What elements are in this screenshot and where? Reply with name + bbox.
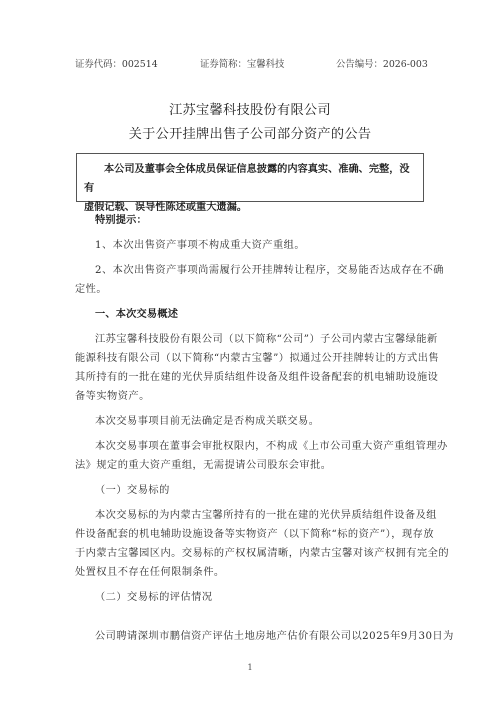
stock-name: 证券简称：宝馨科技 [200,56,284,70]
special-notice-heading: 特别提示： [95,214,427,228]
stock-code: 证券代码：002514 [75,56,158,70]
paragraph-line: 公司聘请深圳市鹏信资产评估土地房地产估价有限公司以2025年9月30日为 [95,630,427,644]
disclaimer-line: 本公司及董事会全体成员保证信息披露的内容真实、准确、完整，没有 [84,160,417,198]
paragraph-line: 其所持有的一批在建的光伏异质结组件设备及组件设备配套的机电辅助设施设 [75,371,427,385]
subsection-2-heading: （二）交易标的评估情况 [95,591,427,605]
paragraph-line: 江苏宝馨科技股份有限公司（以下简称“公司”）子公司内蒙古宝馨绿能新 [95,333,427,347]
subsection-1-heading: （一）交易标的 [95,484,427,498]
notice-item-1: 1、本次出售资产事项不构成重大资产重组。 [95,239,427,253]
disclaimer-box: 本公司及董事会全体成员保证信息披露的内容真实、准确、完整，没有 虚假记载、误导性… [76,153,424,202]
section-1-heading: 一、本次交易概述 [95,308,427,322]
announcement-title: 关于公开挂牌出售子公司部分资产的公告 [0,123,500,142]
paragraph-line: 处置权且不存在任何限制条件。 [75,566,427,580]
paragraph-line: 件设备配套的机电辅助设施设备等实物资产（以下简称“标的资产”），现存放 [75,528,427,542]
paragraph-line: 本次交易事项目前无法确定是否构成关联交易。 [95,415,427,429]
paragraph-line: 本次交易标的为内蒙古宝馨所持有的一批在建的光伏异质结组件设备及组 [95,509,427,523]
page-number: 1 [0,663,500,672]
notice-item-2: 2、本次出售资产事项尚需履行公开挂牌转让程序，交易能否达成存在不确 [95,264,427,278]
paragraph-line: 法》规定的重大资产重组，无需提请公司股东会审批。 [75,459,427,473]
paragraph-line: 于内蒙古宝馨园区内。交易标的产权权属清晰，内蒙古宝馨对该产权拥有完全的 [75,547,427,561]
paragraph-line: 能源科技有限公司（以下简称“内蒙古宝馨”）拟通过公开挂牌转让的方式出售 [75,352,427,366]
document-page: 证券代码：002514 证券简称：宝馨科技 公告编号：2026-003 江苏宝馨… [0,0,500,707]
paragraph-line: 本次交易事项在董事会审批权限内，不构成《上市公司重大资产重组管理办 [95,440,427,454]
company-title: 江苏宝馨科技股份有限公司 [0,99,500,118]
paragraph-line: 备等实物资产。 [75,390,427,404]
notice-item-2-cont: 定性。 [75,283,427,297]
announcement-number: 公告编号：2026-003 [336,56,428,70]
document-header: 证券代码：002514 证券简称：宝馨科技 公告编号：2026-003 [0,56,500,72]
